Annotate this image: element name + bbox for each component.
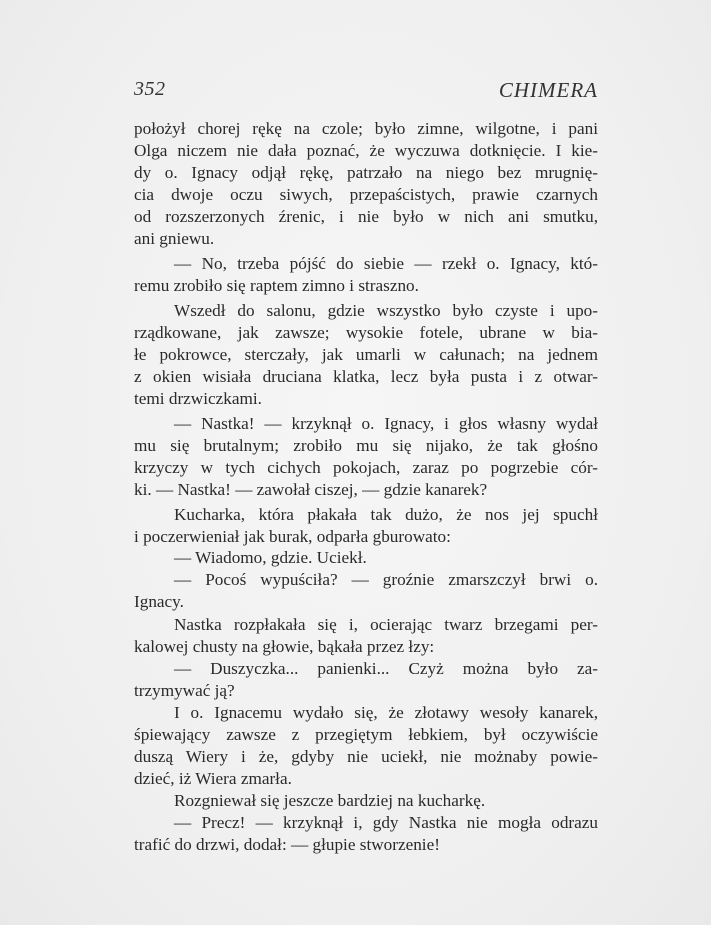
text-line: kalowej chusty na głowie, bąkała przez ł… xyxy=(134,636,598,658)
text-line: dy o. Ignacy odjął rękę, patrzało na nie… xyxy=(134,162,598,184)
text-line: od rozszerzonych źrenic, i nie było w ni… xyxy=(134,206,598,228)
text-line: Nastka rozpłakała się i, ocierając twarz… xyxy=(174,614,598,636)
text-line: temi drzwiczkami. xyxy=(134,388,598,410)
text-line: krzyczy w tych cichych pokojach, zaraz p… xyxy=(134,457,598,479)
text-line: rządkowane, jak zawsze; wysokie fotele, … xyxy=(134,322,598,344)
text-line: ki. — Nastka! — zawołał ciszej, — gdzie … xyxy=(134,479,598,501)
text-line: mu się brutalnym; zrobiło mu się nijako,… xyxy=(134,435,598,457)
text-line: — Nastka! — krzyknął o. Ignacy, i głos w… xyxy=(174,413,598,435)
text-line: remu zrobiło się raptem zimno i straszno… xyxy=(134,275,598,297)
text-line: duszą Wiery i że, gdyby nie uciekł, nie … xyxy=(134,746,598,768)
text-line: położył chorej rękę na czole; było zimne… xyxy=(134,118,598,140)
text-line: — Duszyczka... panienki... Czyż można by… xyxy=(174,658,598,680)
text-line: — Precz! — krzyknął i, gdy Nastka nie mo… xyxy=(174,812,598,834)
page-number: 352 xyxy=(134,78,166,101)
book-page: 352 CHIMERA położył chorej rękę na czole… xyxy=(0,0,711,925)
text-line: dzieć, iż Wiera zmarła. xyxy=(134,768,598,790)
text-line: Wszedł do salonu, gdzie wszystko było cz… xyxy=(174,300,598,322)
text-line: trzymywać ją? xyxy=(134,680,598,702)
text-line: Ignacy. xyxy=(134,591,598,613)
text-line: trafić do drzwi, dodał: — głupie stworze… xyxy=(134,834,598,856)
text-line: — No, trzeba pójść do siebie — rzekł o. … xyxy=(174,253,598,275)
page-header: 352 CHIMERA xyxy=(134,78,598,106)
text-line: i poczerwieniał jak burak, odparła gburo… xyxy=(134,526,598,548)
text-line: śpiewający zawsze z przegiętym łebkiem, … xyxy=(134,724,598,746)
text-line: — Wiadomo, gdzie. Uciekł. xyxy=(174,547,598,569)
text-line: — Pocoś wypuściła? — groźnie zmarszczył … xyxy=(174,569,598,591)
text-line: Kucharka, która płakała tak dużo, że nos… xyxy=(174,504,598,526)
running-title: CHIMERA xyxy=(499,78,598,103)
text-line: łe pokrowce, sterczały, jak umarli w cał… xyxy=(134,344,598,366)
text-line: I o. Ignacemu wydało się, że złotawy wes… xyxy=(174,702,598,724)
text-line: cia dwoje oczu siwych, przepaścistych, p… xyxy=(134,184,598,206)
text-line: z okien wisiała druciana klatka, lecz by… xyxy=(134,366,598,388)
text-line: Olga niczem nie dała poznać, że wyczuwa … xyxy=(134,140,598,162)
text-line: Rozgniewał się jeszcze bardziej na kucha… xyxy=(174,790,598,812)
text-line: ani gniewu. xyxy=(134,228,598,250)
